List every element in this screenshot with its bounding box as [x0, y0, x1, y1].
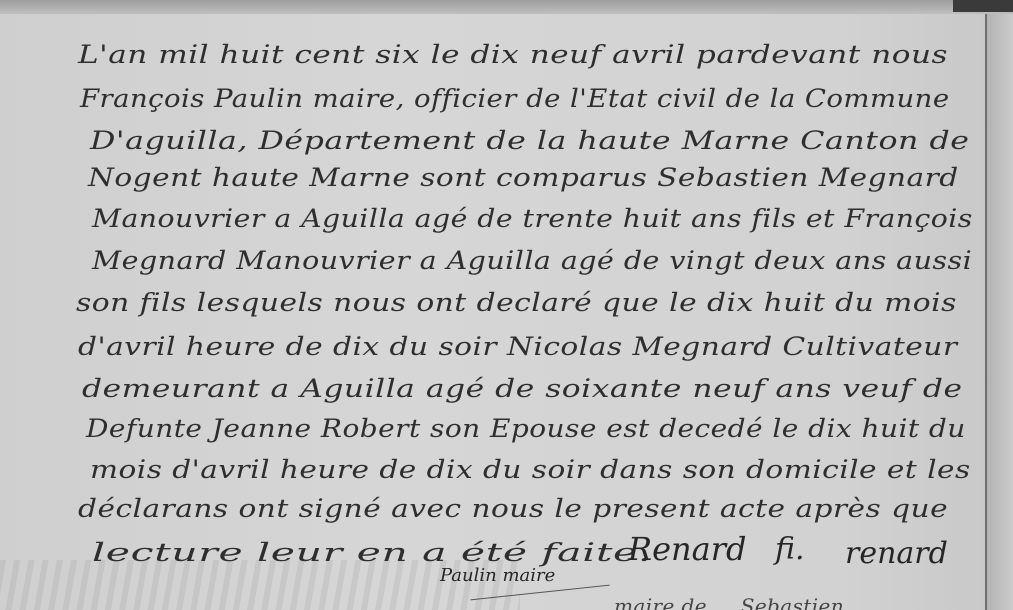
text-line-12: déclarans ont signé avec nous le present… [78, 494, 948, 523]
text-line-10: Defunte Jeanne Robert son Epouse est dec… [86, 414, 966, 443]
text-line-9: demeurant a Aguilla agé de soixante neuf… [82, 374, 963, 403]
text-line-7: son fils lesquels nous ont declaré que l… [76, 288, 957, 317]
signature-mayor: Paulin maire [440, 565, 555, 586]
text-line-8: d'avril heure de dix du soir Nicolas Meg… [78, 332, 958, 361]
text-line-11: mois d'avril heure de dix du soir dans s… [90, 455, 971, 484]
signature-renard: Renard [628, 530, 747, 568]
signature-renard-2: renard [845, 536, 948, 571]
text-line-1: L'an mil huit cent six le dix neuf avril… [78, 40, 948, 69]
signature-suffix: fi. [775, 532, 805, 567]
binding-shadow [953, 0, 1013, 12]
adjacent-page-edge [987, 14, 1013, 610]
text-line-5: Manouvrier a Aguilla agé de trente huit … [92, 204, 973, 233]
text-line-2: François Paulin maire, officier de l'Eta… [80, 84, 950, 113]
text-line-6: Megnard Manouvrier a Aguilla agé de ving… [92, 246, 972, 275]
next-entry-fragment: ... ... maire de ... Sebastien ... [560, 594, 871, 610]
text-line-3: D'aguilla, Département de la haute Marne… [90, 126, 970, 155]
text-line-13: lecture leur en a été faite. [92, 538, 652, 567]
text-line-4: Nogent haute Marne sont comparus Sebasti… [88, 163, 959, 192]
